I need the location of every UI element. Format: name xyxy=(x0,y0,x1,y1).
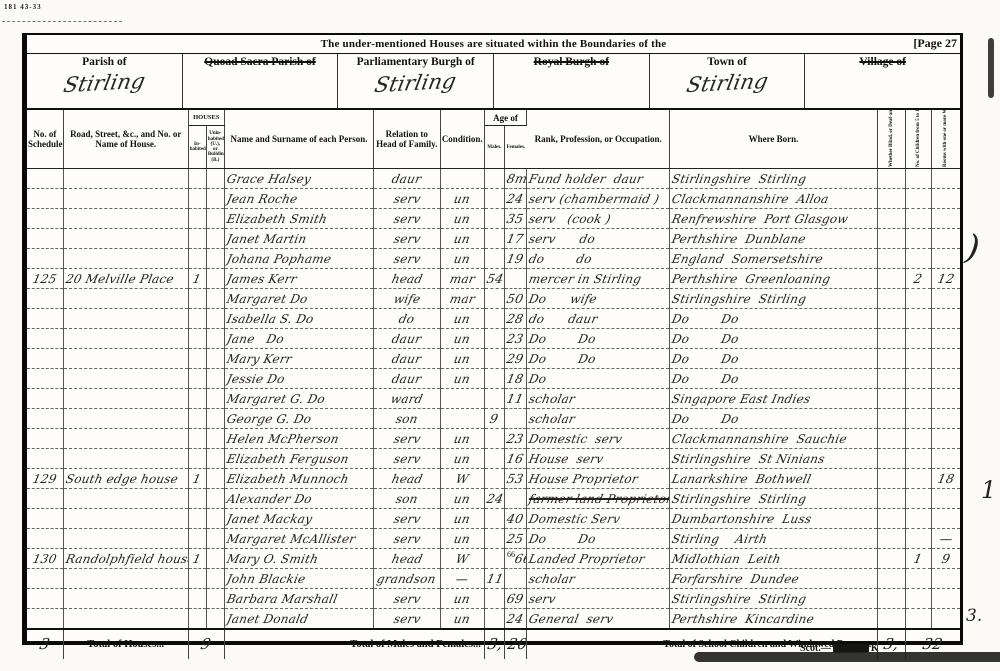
cell-rel: grandson xyxy=(374,569,440,589)
cell-sch xyxy=(27,609,63,629)
cell-uninh xyxy=(206,549,224,569)
cell-rel: serv xyxy=(374,449,440,469)
banner-row: The under-mentioned Houses are situated … xyxy=(27,35,960,54)
cell-inh xyxy=(188,489,206,509)
cell-blind xyxy=(877,329,905,349)
district-value-handwritten: Stirling xyxy=(24,67,185,99)
cell-road xyxy=(63,489,188,509)
cell-inh xyxy=(188,449,206,469)
table-row: Jean Rocheservun24serv (chambermaid )Cla… xyxy=(27,189,960,209)
cell-born: Clackmannanshire Sauchie xyxy=(670,429,878,449)
cell-am: 9 xyxy=(484,409,504,429)
page-number: [Page 27 xyxy=(913,36,957,51)
census-table: No. of Schedule. Road, Street, &c., and … xyxy=(27,110,960,659)
cell-blind xyxy=(877,389,905,409)
cell-am xyxy=(484,429,504,449)
cell-occ: Do Do xyxy=(527,529,670,549)
district-label: Quoad Sacra Parish of xyxy=(183,56,338,68)
cell-cond: — xyxy=(440,569,484,589)
cell-rooms xyxy=(932,309,960,329)
cell-uninh xyxy=(206,449,224,469)
col-age-group: Age of xyxy=(484,110,526,126)
cell-inh xyxy=(188,169,206,189)
cell-school xyxy=(905,469,931,489)
cell-cond xyxy=(440,389,484,409)
cell-cond: un xyxy=(440,369,484,389)
cell-born: Stirlingshire St Ninians xyxy=(670,449,878,469)
cell-name: Elizabeth Ferguson xyxy=(224,449,373,469)
cell-inh xyxy=(188,409,206,429)
cell-name: Margaret McAllister xyxy=(224,529,373,549)
table-row: Janet Martinservun17serv doPerthshire Du… xyxy=(27,229,960,249)
cell-inh xyxy=(188,329,206,349)
district-label: Village of xyxy=(805,56,960,68)
cell-sch xyxy=(27,309,63,329)
totals-houses-label: Total of Houses... xyxy=(63,629,188,659)
cell-born: Stirlingshire Stirling xyxy=(670,169,878,189)
cell-name: George G. Do xyxy=(224,409,373,429)
margin-one-mark: 1 xyxy=(981,476,996,504)
cell-rooms xyxy=(932,589,960,609)
table-row: Janet Donaldservun24General servPerthshi… xyxy=(27,609,960,629)
cell-sch xyxy=(27,429,63,449)
cell-school xyxy=(905,349,931,369)
col-age-females: Females. xyxy=(505,126,527,169)
cell-cond xyxy=(440,409,484,429)
cell-road: Randolphfield house xyxy=(63,549,188,569)
district-quoad-sacra: Quoad Sacra Parish of xyxy=(183,54,339,108)
table-row: Janet Mackayservun40Domestic ServDumbart… xyxy=(27,509,960,529)
cell-rooms xyxy=(932,189,960,209)
cell-sch xyxy=(27,589,63,609)
cell-am: 11 xyxy=(484,569,504,589)
cell-name: Jessie Do xyxy=(224,369,373,389)
table-row: Isabella S. Dodoun28do daurDo Do xyxy=(27,309,960,329)
cell-name: Janet Mackay xyxy=(224,509,373,529)
cell-name: Margaret Do xyxy=(224,289,373,309)
cell-school xyxy=(905,489,931,509)
cell-occ: Do xyxy=(527,369,670,389)
cell-uninh xyxy=(206,509,224,529)
cell-road xyxy=(63,429,188,449)
cell-cond: un xyxy=(440,529,484,549)
cell-blind xyxy=(877,529,905,549)
cell-uninh xyxy=(206,289,224,309)
district-header: Parish of Stirling Quoad Sacra Parish of… xyxy=(27,54,960,110)
cell-school: 1 xyxy=(905,549,931,569)
cell-school xyxy=(905,189,931,209)
cell-inh xyxy=(188,389,206,409)
cell-cond: un xyxy=(440,309,484,329)
cell-name: Elizabeth Munnoch xyxy=(224,469,373,489)
cell-cond: W xyxy=(440,549,484,569)
cell-born: Lanarkshire Bothwell xyxy=(670,469,878,489)
cell-af: 23 xyxy=(505,429,527,449)
cell-born: Do Do xyxy=(670,309,878,329)
cell-cond: mar xyxy=(440,269,484,289)
cell-sch xyxy=(27,489,63,509)
cell-uninh xyxy=(206,569,224,589)
cell-rooms: 18 xyxy=(932,469,960,489)
cell-rooms: 12 xyxy=(932,269,960,289)
table-header: No. of Schedule. Road, Street, &c., and … xyxy=(27,110,960,169)
col-blind: Whether Blind, or Deaf-and-Dumb. xyxy=(877,110,905,169)
cell-am xyxy=(484,369,504,389)
cell-blind xyxy=(877,269,905,289)
cell-occ: Domestic Serv xyxy=(527,509,670,529)
cell-cond: un xyxy=(440,489,484,509)
cell-am xyxy=(484,289,504,309)
cell-af: 18 xyxy=(505,369,527,389)
cell-road xyxy=(63,589,188,609)
cell-rooms xyxy=(932,289,960,309)
film-reference-underline xyxy=(2,21,122,22)
cell-am xyxy=(484,309,504,329)
cell-cond: mar xyxy=(440,289,484,309)
cell-af: 16 xyxy=(505,449,527,469)
cell-sch xyxy=(27,449,63,469)
cell-uninh xyxy=(206,409,224,429)
cell-sch xyxy=(27,229,63,249)
cell-blind xyxy=(877,609,905,629)
cell-occ: scholar xyxy=(527,569,670,589)
district-town: Town of Stirling xyxy=(650,54,806,108)
cell-af: 24 xyxy=(505,609,527,629)
cell-uninh xyxy=(206,429,224,449)
cell-af xyxy=(505,569,527,589)
cell-cond: un xyxy=(440,189,484,209)
cell-cond: un xyxy=(440,229,484,249)
cell-occ: Domestic serv xyxy=(527,429,670,449)
totals-females-value: 20, xyxy=(505,629,527,659)
district-value-handwritten xyxy=(493,67,649,75)
cell-name: Margaret G. Do xyxy=(224,389,373,409)
cell-blind xyxy=(877,509,905,529)
col-houses-uninhabited: Unin- habited (U.), or Building (B.) xyxy=(206,126,224,169)
cell-school xyxy=(905,229,931,249)
cell-inh xyxy=(188,249,206,269)
cell-blind xyxy=(877,469,905,489)
table-row: Johana Pophameservun19do doEngland Somer… xyxy=(27,249,960,269)
cell-occ: Fund holder daur xyxy=(527,169,670,189)
cell-uninh xyxy=(206,209,224,229)
cell-name: Mary Kerr xyxy=(224,349,373,369)
cell-am xyxy=(484,209,504,229)
cell-school xyxy=(905,309,931,329)
cell-inh xyxy=(188,589,206,609)
cell-af: 35 xyxy=(505,209,527,229)
totals-males-females-label: Total of Males and Females... xyxy=(224,629,484,659)
cell-road xyxy=(63,329,188,349)
cell-road xyxy=(63,289,188,309)
cell-uninh xyxy=(206,309,224,329)
district-label: Royal Burgh of xyxy=(494,56,649,68)
cell-school xyxy=(905,589,931,609)
cell-am xyxy=(484,169,504,189)
cell-uninh xyxy=(206,249,224,269)
cell-school xyxy=(905,529,931,549)
cell-name: Janet Martin xyxy=(224,229,373,249)
cell-af: 40 xyxy=(505,509,527,529)
cell-born: Clackmannanshire Alloa xyxy=(670,189,878,209)
cell-blind xyxy=(877,369,905,389)
cell-occ: serv (cook ) xyxy=(527,209,670,229)
cell-name: Grace Halsey xyxy=(224,169,373,189)
cell-born: Midlothian Leith xyxy=(670,549,878,569)
cell-am xyxy=(484,229,504,249)
cell-inh: 1 xyxy=(188,549,206,569)
cell-blind xyxy=(877,169,905,189)
cell-sch xyxy=(27,389,63,409)
totals-left-count: 3 xyxy=(27,629,63,659)
cell-rel: son xyxy=(374,409,440,429)
cell-born: Perthshire Greenloaning xyxy=(670,269,878,289)
cell-cond: un xyxy=(440,249,484,269)
col-houses-inhabited: In- habited. xyxy=(188,126,206,169)
cell-rel: serv xyxy=(374,189,440,209)
scan-edge-blot xyxy=(988,38,994,98)
col-age-males: Males. xyxy=(484,126,504,169)
district-label: Town of xyxy=(650,56,805,68)
table-row: George G. Doson9scholarDo Do xyxy=(27,409,960,429)
cell-born: Forfarshire Dundee xyxy=(670,569,878,589)
col-houses-group: HOUSES xyxy=(188,110,224,126)
table-body: Grace Halseydaur8mFund holder daurStirli… xyxy=(27,169,960,629)
cell-road xyxy=(63,449,188,469)
cell-rooms xyxy=(932,209,960,229)
cell-rooms xyxy=(932,449,960,469)
cell-occ: House Proprietor xyxy=(527,469,670,489)
cell-rooms xyxy=(932,349,960,369)
cell-inh xyxy=(188,509,206,529)
cell-rel: serv xyxy=(374,529,440,549)
cell-road: South edge house xyxy=(63,469,188,489)
cell-school xyxy=(905,509,931,529)
table-row: Helen McPhersonservun23Domestic servClac… xyxy=(27,429,960,449)
cell-name: Jean Roche xyxy=(224,189,373,209)
cell-am xyxy=(484,249,504,269)
cell-born: Dumbartonshire Luss xyxy=(670,509,878,529)
cell-road xyxy=(63,389,188,409)
cell-rel: ward xyxy=(374,389,440,409)
cell-born: Stirlingshire Stirling xyxy=(670,489,878,509)
table-row: 130Randolphfield house1Mary O. Smithhead… xyxy=(27,549,960,569)
cell-am: 24 xyxy=(484,489,504,509)
cell-born: Perthshire Dunblane xyxy=(670,229,878,249)
cell-cond: W xyxy=(440,469,484,489)
cell-born: Renfrewshire Port Glasgow xyxy=(670,209,878,229)
cell-born: Stirling Airth xyxy=(670,529,878,549)
cell-am xyxy=(484,589,504,609)
cell-born: Do Do xyxy=(670,349,878,369)
cell-af: 24 xyxy=(505,189,527,209)
cell-occ: scholar xyxy=(527,409,670,429)
margin-bracket-mark: ) xyxy=(963,227,982,268)
cell-cond: un xyxy=(440,209,484,229)
table-row: Margaret G. Doward11scholarSingapore Eas… xyxy=(27,389,960,409)
cell-rel: daur xyxy=(374,369,440,389)
district-royal-burgh: Royal Burgh of xyxy=(494,54,650,108)
cell-blind xyxy=(877,189,905,209)
cell-af: 17 xyxy=(505,229,527,249)
cell-inh xyxy=(188,309,206,329)
cell-road xyxy=(63,529,188,549)
cell-school xyxy=(905,329,931,349)
cell-occ: do daur xyxy=(527,309,670,329)
cell-rooms xyxy=(932,509,960,529)
cell-road xyxy=(63,509,188,529)
cell-inh xyxy=(188,189,206,209)
cell-rel: serv xyxy=(374,589,440,609)
col-born: Where Born. xyxy=(670,110,878,169)
cell-rel: daur xyxy=(374,349,440,369)
cell-school xyxy=(905,209,931,229)
cell-af: 8m xyxy=(505,169,527,189)
cell-sch xyxy=(27,529,63,549)
cell-occ: mercer in Stirling xyxy=(527,269,670,289)
cell-rooms xyxy=(932,369,960,389)
cell-sch xyxy=(27,209,63,229)
cell-road xyxy=(63,609,188,629)
cell-sch: 129 xyxy=(27,469,63,489)
cell-am xyxy=(484,509,504,529)
cell-af: 53 xyxy=(505,469,527,489)
table-row: Barbara Marshallservun69servStirlingshir… xyxy=(27,589,960,609)
cell-school: 2 xyxy=(905,269,931,289)
cell-rooms xyxy=(932,489,960,509)
cell-blind xyxy=(877,309,905,329)
cell-sch xyxy=(27,349,63,369)
col-rooms: Rooms with one or more Windows. xyxy=(932,110,960,169)
cell-uninh xyxy=(206,369,224,389)
cell-rooms xyxy=(932,169,960,189)
cell-rel: head xyxy=(374,469,440,489)
cell-road xyxy=(63,249,188,269)
cell-af xyxy=(505,269,527,289)
table-row: 12520 Melville Place1James Kerrheadmar54… xyxy=(27,269,960,289)
cell-occ: General serv xyxy=(527,609,670,629)
cell-inh: 1 xyxy=(188,269,206,289)
cell-inh xyxy=(188,209,206,229)
cell-blind xyxy=(877,289,905,309)
cell-name: Jane Do xyxy=(224,329,373,349)
cell-sch: 125 xyxy=(27,269,63,289)
cell-occ: scholar xyxy=(527,389,670,409)
district-value-handwritten: Stirling xyxy=(646,67,807,99)
cell-road xyxy=(63,569,188,589)
cell-road xyxy=(63,229,188,249)
cell-blind xyxy=(877,209,905,229)
district-value-handwritten xyxy=(182,67,338,75)
cell-uninh xyxy=(206,189,224,209)
cell-rooms xyxy=(932,229,960,249)
cell-rel: wife xyxy=(374,289,440,309)
cell-inh xyxy=(188,229,206,249)
cell-school xyxy=(905,409,931,429)
table-row: Grace Halseydaur8mFund holder daurStirli… xyxy=(27,169,960,189)
cell-uninh xyxy=(206,169,224,189)
cell-uninh xyxy=(206,329,224,349)
cell-occ: Do wife xyxy=(527,289,670,309)
cell-road: 20 Melville Place xyxy=(63,269,188,289)
scan-bottom-bar xyxy=(694,652,1000,662)
cell-occ: serv xyxy=(527,589,670,609)
cell-uninh xyxy=(206,589,224,609)
cell-cond: un xyxy=(440,429,484,449)
table-row: Mary Kerrdaurun29Do DoDo Do xyxy=(27,349,960,369)
cell-am xyxy=(484,329,504,349)
cell-inh xyxy=(188,369,206,389)
cell-sch xyxy=(27,189,63,209)
district-label: Parliamentary Burgh of xyxy=(338,56,493,68)
cell-uninh xyxy=(206,349,224,369)
cell-rel: daur xyxy=(374,329,440,349)
cell-name: James Kerr xyxy=(224,269,373,289)
cell-af: 69 xyxy=(505,589,527,609)
col-condition: Condition. xyxy=(440,110,484,169)
district-value-handwritten: Stirling xyxy=(335,67,496,99)
table-row: Jane Dodaurun23Do DoDo Do xyxy=(27,329,960,349)
cell-born: Stirlingshire Stirling xyxy=(670,289,878,309)
cell-rooms xyxy=(932,409,960,429)
cell-road xyxy=(63,189,188,209)
cell-name: Barbara Marshall xyxy=(224,589,373,609)
district-value-handwritten xyxy=(804,67,960,75)
cell-born: Do Do xyxy=(670,409,878,429)
cell-rel: head xyxy=(374,269,440,289)
film-reference: 181 43-33 xyxy=(4,3,42,11)
cell-sch xyxy=(27,509,63,529)
cell-inh xyxy=(188,609,206,629)
cell-blind xyxy=(877,489,905,509)
cell-am xyxy=(484,469,504,489)
cell-road xyxy=(63,169,188,189)
cell-road xyxy=(63,409,188,429)
table-row: Jessie Dodaurun18DoDo Do xyxy=(27,369,960,389)
district-parish: Parish of Stirling xyxy=(27,54,183,108)
district-village: Village of xyxy=(805,54,960,108)
cell-sch: 130 xyxy=(27,549,63,569)
table-row: Margaret Dowifemar50Do wifeStirlingshire… xyxy=(27,289,960,309)
district-parliamentary-burgh: Parliamentary Burgh of Stirling xyxy=(338,54,494,108)
cell-am xyxy=(484,189,504,209)
cell-inh xyxy=(188,529,206,549)
col-name: Name and Surname of each Person. xyxy=(224,110,373,169)
cell-rel: serv xyxy=(374,249,440,269)
cell-rel: serv xyxy=(374,509,440,529)
cell-inh: 1 xyxy=(188,469,206,489)
cell-name: John Blackie xyxy=(224,569,373,589)
cell-uninh xyxy=(206,229,224,249)
col-relation: Relation to Head of Family. xyxy=(374,110,440,169)
cell-name: Johana Pophame xyxy=(224,249,373,269)
cell-cond: un xyxy=(440,449,484,469)
cell-rooms xyxy=(932,389,960,409)
cell-born: Stirlingshire Stirling xyxy=(670,589,878,609)
cell-sch xyxy=(27,289,63,309)
cell-uninh xyxy=(206,489,224,509)
cell-af: 50 xyxy=(505,289,527,309)
cell-af xyxy=(505,489,527,509)
cell-cond: un xyxy=(440,609,484,629)
cell-af: 11 xyxy=(505,389,527,409)
cell-rel: serv xyxy=(374,429,440,449)
cell-uninh xyxy=(206,269,224,289)
cell-inh xyxy=(188,289,206,309)
cell-name: Isabella S. Do xyxy=(224,309,373,329)
cell-am xyxy=(484,549,504,569)
totals-outside-value: 3. xyxy=(966,606,982,626)
